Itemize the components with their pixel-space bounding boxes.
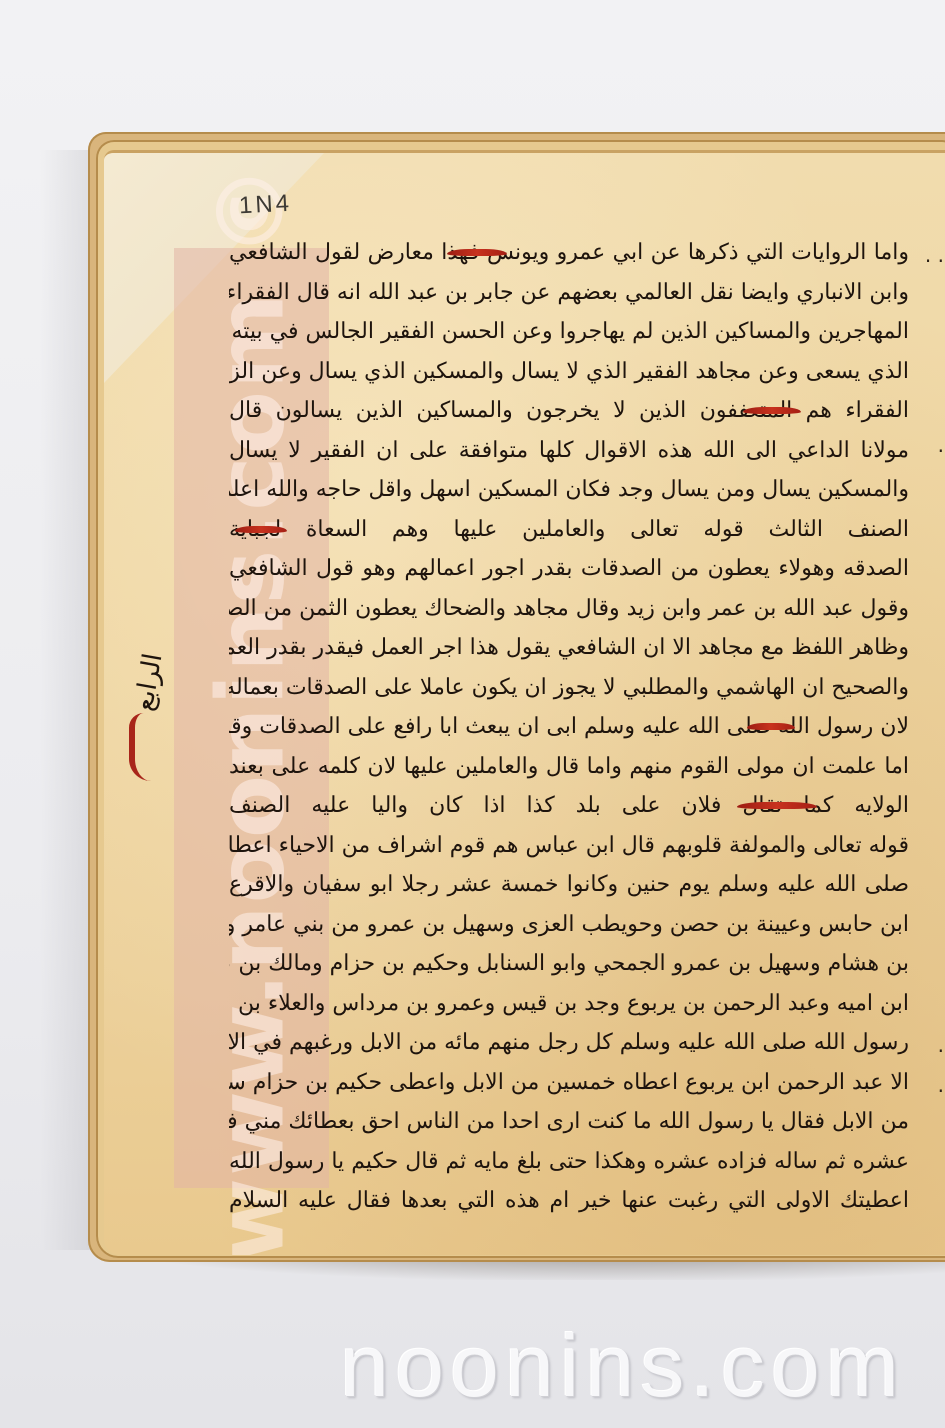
folio-number: 1N4	[238, 190, 292, 221]
margin-dot: .	[938, 1033, 944, 1057]
manuscript-line: واما الروايات التي ذكرها عن ابي عمرو ويو…	[229, 233, 909, 273]
rubric-mark	[235, 526, 287, 533]
manuscript-line: الصدقه وهولاء يعطون من الصدقات بقدر اجور…	[229, 549, 909, 589]
rubric-mark	[447, 249, 507, 256]
rubric-mark	[737, 802, 817, 809]
manuscript-line: صلى الله عليه وسلم يوم حنين وكانوا خمسة …	[229, 865, 909, 905]
manuscript-line: المهاجرين والمساكين الذين لم يهاجروا وعن…	[229, 312, 909, 352]
rubric-mark	[743, 407, 801, 414]
margin-dot: .	[938, 433, 944, 457]
manuscript-line: وظاهر اللفظ مع مجاهد الا ان الشافعي يقول…	[229, 628, 909, 668]
margin-note: الرابع	[129, 651, 169, 713]
manuscript-line: ابن حابس وعيينة بن حصن وحويطب العزى وسهي…	[229, 905, 909, 945]
manuscript-line: الفقراء هم المتعففون الذين لا يخرجون وال…	[229, 391, 909, 431]
manuscript-line: والمسكين يسال ومن يسال وجد فكان المسكين …	[229, 470, 909, 510]
manuscript-line: والصحيح ان الهاشمي والمطلبي لا يجوز ان ي…	[229, 668, 909, 708]
margin-dot: .	[938, 1073, 944, 1097]
manuscript-line: اما علمت ان مولى القوم منهم واما قال وال…	[229, 747, 909, 787]
manuscript-line: مولانا الداعي الى الله هذه الاقوال كلها …	[229, 431, 909, 471]
manuscript-line: وقول عبد الله بن عمر وابن زيد وقال مجاهد…	[229, 589, 909, 629]
manuscript-line: قوله تعالى والمولفة قلوبهم قال ابن عباس …	[229, 826, 909, 866]
manuscript-line: الا عبد الرحمن ابن يربوع اعطاه خمسين من …	[229, 1063, 909, 1103]
manuscript-line: وابن الانباري وايضا نقل العالمي بعضهم عن…	[229, 273, 909, 313]
bottom-watermark: noonins.com	[340, 1315, 905, 1417]
manuscript-line: رسول الله صلى الله عليه وسلم كل رجل منهم…	[229, 1023, 909, 1063]
manuscript-line: عشره ثم ساله فزاده عشره وهكذا حتى بلغ ما…	[229, 1142, 909, 1182]
manuscript-line: ابن اميه وعبد الرحمن بن يربوع وجد بن قيس…	[229, 984, 909, 1024]
margin-dots: . .	[925, 243, 944, 267]
manuscript-line: من الابل فقال يا رسول الله ما كنت ارى اح…	[229, 1102, 909, 1142]
manuscript-line: اعطيتك الاولى التي رغبت عنها خير ام هذه …	[229, 1181, 909, 1221]
manuscript-text: واما الروايات التي ذكرها عن ابي عمرو ويو…	[229, 233, 909, 1221]
manuscript-line: لان رسول الله صلى الله عليه وسلم ابى ان …	[229, 707, 909, 747]
margin-bracket	[129, 713, 151, 781]
manuscript-line: بن هشام وسهيل بن عمرو الجمحي وابو السناب…	[229, 944, 909, 984]
rubric-mark	[747, 723, 795, 730]
manuscript-line: الذي يسعى وعن مجاهد الفقير الذي لا يسال …	[229, 352, 909, 392]
manuscript-line: الصنف الثالث قوله تعالى والعاملين عليها …	[229, 510, 909, 550]
manuscript-page: www.noonins.com © 1N4 واما الروايات التي…	[104, 150, 945, 1255]
